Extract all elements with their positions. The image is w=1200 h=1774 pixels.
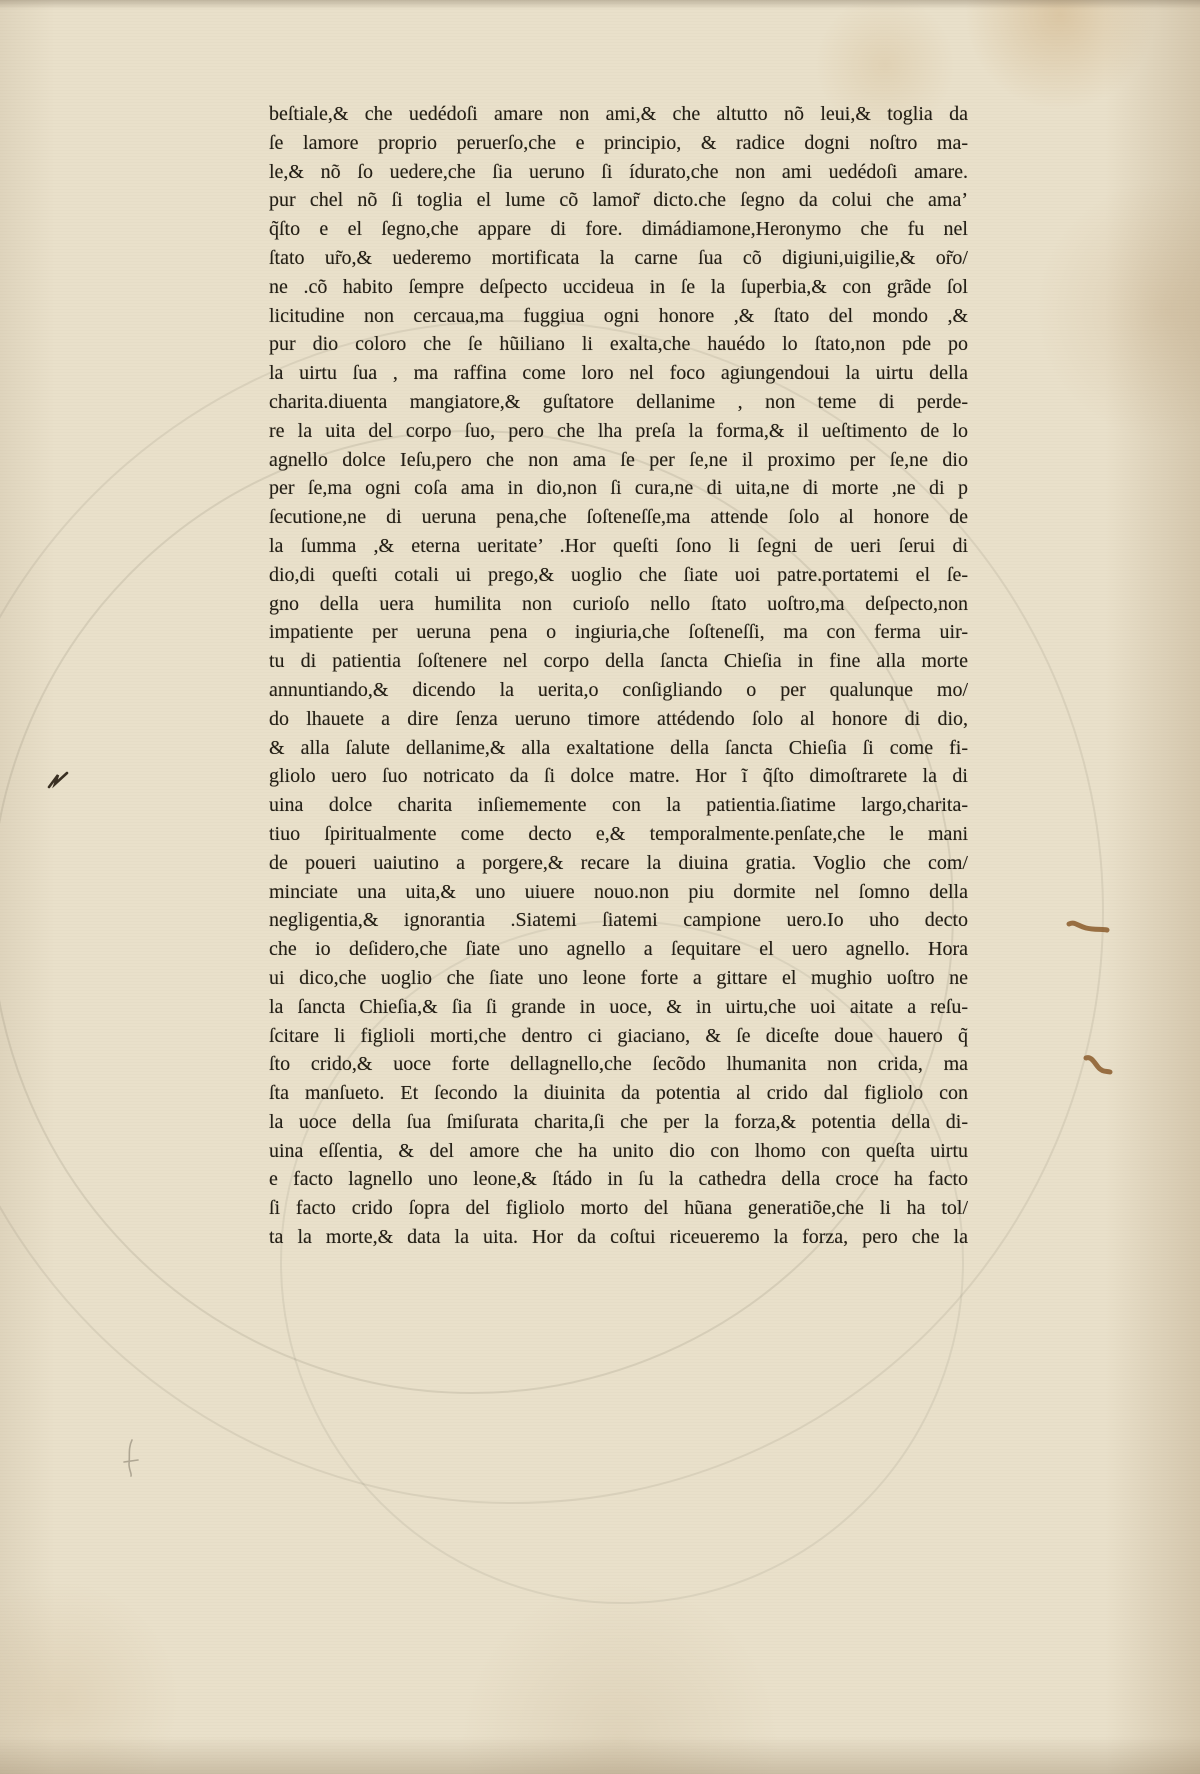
text-line: uina eſſentia, & del amore che ha unito … (269, 1137, 968, 1166)
text-line: tu di patientia ſoſtenere nel corpo dell… (269, 647, 968, 676)
text-line: dio,di queſti cotali ui prego,& uoglio c… (269, 561, 968, 590)
text-line: negligentia,& ignorantia .Siatemi ſiatem… (269, 906, 968, 935)
text-line: e facto lagnello uno leone,& ſtádo in ſu… (269, 1165, 968, 1194)
text-line: ſtato ur̃o,& uederemo mortificata la car… (269, 244, 968, 273)
text-line: ta la morte,& data la uita. Hor da coſtu… (269, 1223, 968, 1252)
text-line: ſta manſueto. Et ſecondo la diuinita da … (269, 1079, 968, 1108)
text-line: che io deſidero,che ſiate uno agnello a … (269, 935, 968, 964)
brown-dash-mark (1082, 1052, 1116, 1081)
text-line: la uoce della ſua ſmiſurata charita,ſi c… (269, 1108, 968, 1137)
text-line: ſcitare li figlioli morti,che dentro ci … (269, 1022, 968, 1051)
text-line: tiuo ſpiritualmente come decto e,& tempo… (269, 820, 968, 849)
incunabulum-page: beſtiale,& che uedédoſi amare non ami,& … (0, 0, 1200, 1774)
text-line: uina dolce charita inſiememente con la p… (269, 791, 968, 820)
text-line: agnello dolce Ieſu,pero che non ama ſe p… (269, 446, 968, 475)
text-line: gliolo uero ſuo notricato da ſi dolce ma… (269, 762, 968, 791)
text-line: annuntiando,& dicendo la uerita,o conſig… (269, 676, 968, 705)
text-line: charita.diuenta mangiatore,& guſtatore d… (269, 388, 968, 417)
text-line: ſi facto crido ſopra del figliolo morto … (269, 1194, 968, 1223)
text-line: & alla ſalute dellanime,& alla exaltatio… (269, 734, 968, 763)
text-line: re la uita del corpo ſuo, pero che lha p… (269, 417, 968, 446)
text-line: ſe lamore proprio peruerſo,che e princip… (269, 129, 968, 158)
text-line: la ſumma ,& eterna ueritate’ .Hor queſti… (269, 532, 968, 561)
text-line: le,& nõ ſo uedere,che ſia ueruno ſi ídur… (269, 158, 968, 187)
text-line: per ſe,ma ogni coſa ama in dio,non ſi cu… (269, 474, 968, 503)
text-line: la uirtu ſua , ma raffina come loro nel … (269, 359, 968, 388)
printed-text-block: beſtiale,& che uedédoſi amare non ami,& … (269, 100, 968, 1252)
text-line: gno della uera humilita non curioſo nell… (269, 590, 968, 619)
pencil-squiggle-mark (120, 1438, 142, 1483)
text-line: impatiente per ueruna pena o ingiuria,ch… (269, 618, 968, 647)
text-line: ui dico,che uoglio che ſiate uno leone f… (269, 964, 968, 993)
text-line: de poueri uaiutino a porgere,& recare la… (269, 849, 968, 878)
text-line: do lhauete a dire ſenza ueruno timore at… (269, 705, 968, 734)
text-line: q̃ſto e el ſegno,che appare di fore. dim… (269, 215, 968, 244)
text-line: beſtiale,& che uedédoſi amare non ami,& … (269, 100, 968, 129)
text-line: ſecutione,ne di ueruna pena,che ſoſteneſ… (269, 503, 968, 532)
text-line: pur chel nõ ſi toglia el lume cõ lamor̃ … (269, 186, 968, 215)
text-line: pur dio coloro che ſe hũiliano li exalta… (269, 330, 968, 359)
text-line: ſto crido,& uoce forte dellagnello,che ſ… (269, 1050, 968, 1079)
ink-squiggle-mark (46, 770, 72, 797)
brown-dash-mark (1066, 918, 1110, 941)
text-line: minciate una uita,& uno uiuere nouo.non … (269, 878, 968, 907)
text-line: ne .cõ habito ſempre deſpecto uccideua i… (269, 273, 968, 302)
text-line: la ſancta Chieſia,& ſia ſi grande in uoc… (269, 993, 968, 1022)
text-line: licitudine non cercaua,ma fuggiua ogni h… (269, 302, 968, 331)
